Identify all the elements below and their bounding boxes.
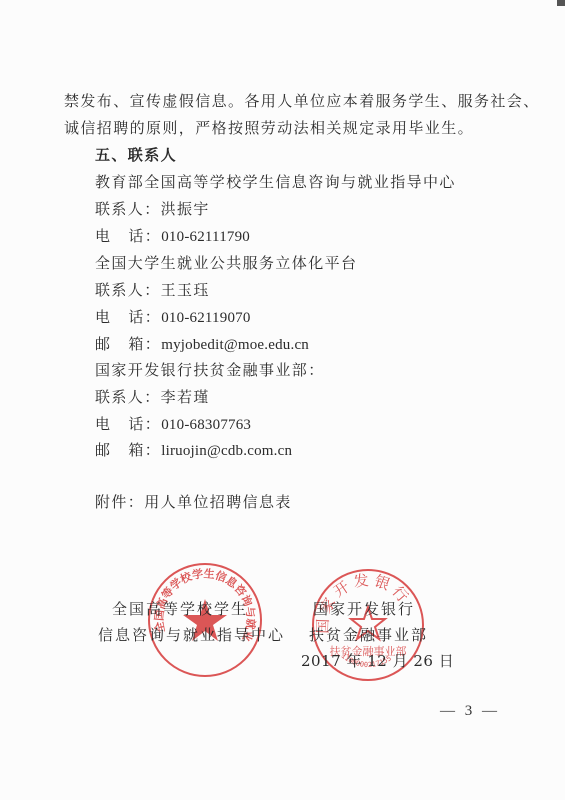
right-signature-line-2: 扶贫金融事业部 (309, 625, 428, 645)
paragraph-line-1: 禁发布、宣传虚假信息。各用人单位应本着服务学生、服务社会、 (64, 91, 540, 111)
email-address: myjobedit@moe.edu.cn (161, 337, 309, 353)
contact-2-organization: 全国大学生就业公共服务立体化平台 (95, 253, 357, 273)
section-heading: 五、联系人 (95, 145, 177, 165)
phone-label-2: 话： (128, 227, 161, 245)
contact-name: 洪振宇 (161, 200, 210, 218)
contact-3-email-row: 邮箱：liruojin@cdb.com.cn (95, 440, 292, 461)
contact-1-person-row: 联系人：洪振宇 (95, 199, 210, 219)
phone-label-2: 话： (128, 415, 161, 433)
page-number: — 3 — (440, 703, 500, 720)
attachment-line: 附件：用人单位招聘信息表 (95, 492, 292, 512)
contact-1-phone-row: 电话：010-62111790 (95, 226, 250, 247)
contact-3-person-row: 联系人：李若瑾 (95, 387, 210, 407)
email-address: liruojin@cdb.com.cn (161, 443, 292, 459)
email-label: 邮 (95, 335, 111, 353)
paragraph-line-2: 诚信招聘的原则，严格按照劳动法相关规定录用毕业生。 (64, 118, 474, 138)
document-page: 禁发布、宣传虚假信息。各用人单位应本着服务学生、服务社会、 诚信招聘的原则，严格… (0, 0, 565, 800)
contact-label: 联系人： (95, 200, 161, 218)
phone-label: 电 (95, 415, 111, 433)
seal-star-icon: 全国高等学校学生信息咨询与就业指导中心 (150, 565, 260, 675)
contact-2-phone-row: 电话：010-62119070 (95, 307, 251, 328)
left-signature-line-1: 全国高等学校学生 (112, 599, 248, 619)
contact-3-phone-row: 电话：010-68307763 (95, 414, 251, 435)
left-official-seal: 全国高等学校学生信息咨询与就业指导中心 (148, 563, 262, 677)
contact-1-organization: 教育部全国高等学校学生信息咨询与就业指导中心 (95, 172, 456, 192)
phone-number: 010-62119070 (161, 310, 250, 326)
phone-number: 010-62111790 (161, 229, 250, 245)
right-signature-line-1: 国家开发银行 (313, 599, 415, 619)
contact-name: 李若瑾 (161, 388, 210, 406)
phone-label-2: 话： (128, 308, 161, 326)
email-label-2: 箱： (128, 441, 161, 459)
contact-2-person-row: 联系人：王玉珏 (95, 280, 210, 300)
left-signature-line-2: 信息咨询与就业指导中心 (98, 625, 285, 645)
contact-label: 联系人： (95, 388, 161, 406)
phone-number: 010-68307763 (161, 417, 251, 433)
contact-name: 王玉珏 (161, 281, 210, 299)
contact-3-organization: 国家开发银行扶贫金融事业部： (95, 360, 325, 380)
email-label-2: 箱： (128, 335, 161, 353)
contact-2-email-row: 邮箱：myjobedit@moe.edu.cn (95, 334, 309, 355)
phone-label: 电 (95, 308, 111, 326)
signature-date: 2017 年 12 月 26 日 (301, 651, 454, 671)
scan-corner-mark (557, 0, 565, 6)
phone-label: 电 (95, 227, 111, 245)
contact-label: 联系人： (95, 281, 161, 299)
email-label: 邮 (95, 441, 111, 459)
